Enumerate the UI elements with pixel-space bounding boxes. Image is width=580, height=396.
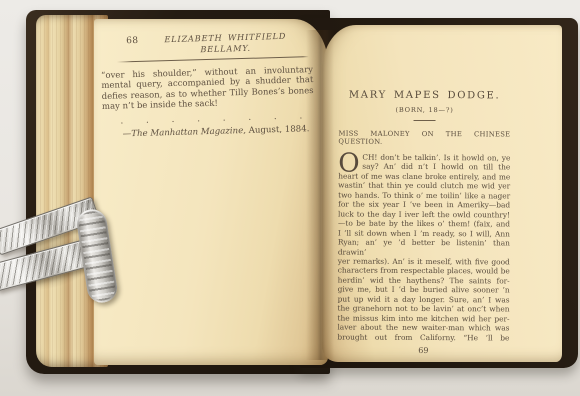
page-number-left: 68	[126, 36, 139, 47]
chapter-title: MARY MAPES DODGE.	[339, 90, 511, 103]
section-separator-dots: . . . . . . . .	[102, 112, 314, 126]
running-header-row: 68 ELIZABETH WHITFIELD BELLAMY.	[100, 30, 313, 58]
header-rule	[117, 56, 309, 62]
text-line: Ryan; an’ ye ’d better be listenin’ than…	[338, 238, 510, 258]
right-page-paragraph: O CH! don’t be talkin’. Is it howld on, …	[337, 153, 510, 343]
citation-date: August, 1884.	[246, 124, 310, 136]
drop-cap: O	[338, 154, 359, 175]
running-header: ELIZABETH WHITFIELD BELLAMY.	[138, 30, 312, 57]
page-number-right: 69	[337, 346, 509, 356]
left-page-paragraph: “over his shoulder,” without an involunt…	[101, 65, 314, 112]
text-line: —to be bate by the likes o’ them! (faix,…	[338, 219, 510, 229]
text-line: laver about the new waiter-man which was	[337, 323, 509, 333]
photo-of-open-book: 68 ELIZABETH WHITFIELD BELLAMY. “over hi…	[0, 0, 580, 396]
text-line: for the six year I ’ve been in Ameriky—b…	[338, 200, 510, 210]
section-heading: MISS MALONEY ON THE CHINESE QUESTION.	[338, 130, 510, 147]
born-line: (BORN, 18—?)	[339, 106, 511, 115]
left-page-text-block: 68 ELIZABETH WHITFIELD BELLAMY. “over hi…	[100, 30, 315, 140]
text-line: brought out from Californy. “He ’ll be	[337, 332, 509, 342]
right-page-text-block: MARY MAPES DODGE. (BORN, 18—?) MISS MALO…	[337, 90, 510, 356]
title-rule	[414, 120, 436, 121]
text-line: the granehorn not to be lavin’ at onc’t …	[338, 304, 510, 314]
